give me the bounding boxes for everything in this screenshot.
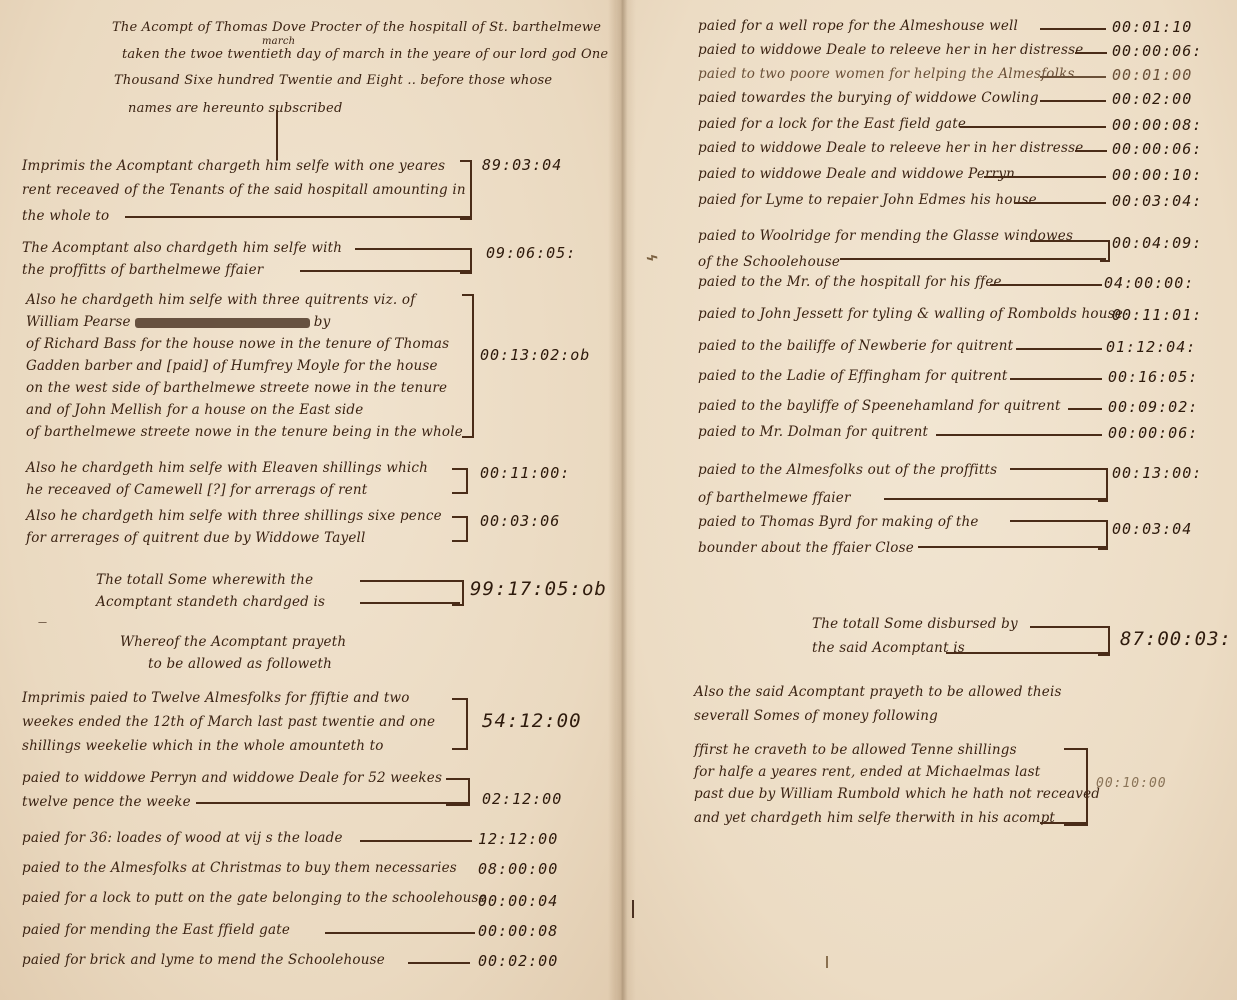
payment-line: paied for Lyme to repaier John Edmes his…	[698, 192, 1037, 208]
bracket	[1100, 240, 1110, 262]
bracket	[460, 248, 472, 274]
charge-line: Gadden barber and [paid] of Humfrey Moyl…	[26, 358, 438, 374]
amount: 89:03:04	[482, 156, 562, 174]
allowance-heading: to be allowed as followeth	[148, 656, 332, 672]
ruling-line	[960, 126, 1106, 128]
heading-line: taken the twoe twentieth day of march in…	[122, 47, 608, 62]
charge-line: the proffitts of barthelmewe ffaier	[22, 262, 263, 278]
charge-line: Also he chardgeth him selfe with Eleaven…	[26, 460, 428, 476]
charge-line: of Richard Bass for the house nowe in th…	[26, 336, 449, 352]
ruling-line	[1016, 348, 1102, 350]
amount: 00:13:02:ob	[480, 346, 590, 364]
amount: 00:00:06:	[1112, 140, 1202, 158]
amount: 00:00:08	[478, 922, 558, 940]
amount: 12:12:00	[478, 830, 558, 848]
ruling-line	[1040, 100, 1106, 102]
payment-line: paied to widdowe Perryn and widdowe Deal…	[22, 770, 442, 786]
payment-line: paied for a well rope for the Almeshouse…	[698, 18, 1018, 34]
ruling-line	[360, 602, 460, 604]
heading-line: names are hereunto subscribed	[128, 101, 342, 116]
left-page	[0, 0, 616, 1000]
payment-line: paied for a lock for the East field gate	[698, 116, 966, 132]
ruling-line	[1075, 150, 1107, 152]
payment-line: paied towardes the burying of widdowe Co…	[698, 90, 1039, 106]
ruling-line	[125, 216, 471, 218]
total-amount: 87:00:03:	[1120, 628, 1232, 650]
amount: 04:00:00:	[1104, 274, 1194, 292]
payment-line: paied for mending the East ffield gate	[22, 922, 290, 938]
payment-line: paied to Mr. Dolman for quitrent	[698, 424, 928, 440]
payment-line: paied to widdowe Deale to releeve her in…	[698, 140, 1083, 156]
further-line: for halfe a yeares rent, ended at Michae…	[694, 764, 1040, 780]
payment-line: weekes ended the 12th of March last past…	[22, 714, 435, 730]
payment-line: shillings weekelie which in the whole am…	[22, 738, 384, 754]
amount: 00:03:04	[1112, 520, 1192, 538]
payment-line: bounder about the ffaier Close	[698, 540, 914, 556]
further-heading: severall Somes of money following	[694, 708, 938, 724]
amount: 00:00:04	[478, 892, 558, 910]
further-heading: Also the said Acomptant prayeth to be al…	[694, 684, 1062, 700]
ruling-line	[300, 270, 471, 272]
ruling-line	[355, 248, 471, 250]
bracket	[460, 160, 472, 220]
amount: 01:12:04:	[1106, 338, 1196, 356]
amount: 00:01:10	[1112, 18, 1192, 36]
payment-line: paied for brick and lyme to mend the Sch…	[22, 952, 385, 968]
amount: 00:00:06:	[1112, 42, 1202, 60]
bracket	[1064, 748, 1088, 826]
allowance-heading: Whereof the Acomptant prayeth	[120, 634, 346, 650]
payment-line: paied to the Mr. of the hospitall for hi…	[698, 274, 1002, 290]
amount: 00:11:00:	[480, 464, 570, 482]
bracket	[452, 698, 468, 750]
charge-line: for arrerages of quitrent due by Widdowe…	[26, 530, 366, 546]
payment-line: paied to John Jessett for tyling & walli…	[698, 306, 1123, 322]
charge-line: rent receaved of the Tenants of the said…	[22, 182, 466, 198]
payment-line: paied to widdowe Deale to releeve her in…	[698, 42, 1083, 58]
payment-line: twelve pence the weeke	[22, 794, 191, 810]
payment-line: paied to the bailiffe of Newberie for qu…	[698, 338, 1013, 354]
ruling-line	[1010, 378, 1102, 380]
amount: 00:00:10:	[1112, 166, 1202, 184]
amount: 00:02:00	[478, 952, 558, 970]
bracket	[452, 580, 464, 606]
amount: 00:00:08:	[1112, 116, 1202, 134]
charge-line: William Pearseby	[26, 314, 330, 330]
ruling-line	[360, 840, 472, 842]
bracket	[452, 516, 468, 542]
total-amount: 99:17:05:ob	[470, 578, 607, 600]
payment-line: paied to Thomas Byrd for making of the	[698, 514, 979, 530]
bracket	[452, 468, 468, 494]
payment-line: paied to the Almesfolks out of the proff…	[698, 462, 997, 478]
amount: 00:01:00	[1112, 66, 1192, 84]
signature-flourish	[276, 110, 278, 160]
ruling-line	[1010, 468, 1106, 470]
ruling-line	[196, 802, 468, 804]
payment-line: of the Schoolehouse	[698, 254, 840, 270]
payment-line: paied for 36: loades of wood at vij s th…	[22, 830, 343, 846]
charge-line: of barthelmewe streete nowe in the tenur…	[26, 424, 463, 440]
amount: 00:00:06:	[1108, 424, 1198, 442]
bracket	[1098, 626, 1110, 656]
binding-thread	[632, 900, 634, 918]
further-line: ffirst he craveth to be allowed Tenne sh…	[694, 742, 1017, 758]
payment-line: paied to the Almesfolks at Christmas to …	[22, 860, 457, 876]
heading-line: The Acompt of Thomas Dove Procter of the…	[112, 20, 601, 35]
total-line: The totall Some disbursed by	[812, 616, 1018, 632]
charge-line: Also he chardgeth him selfe with three q…	[26, 292, 415, 308]
amount: 09:06:05:	[486, 244, 576, 262]
amount: 08:00:00	[478, 860, 558, 878]
amount: 00:03:06	[480, 512, 560, 530]
ruling-line	[840, 258, 1106, 260]
ruling-line	[990, 284, 1102, 286]
charge-line: The Acomptant also chardgeth him selfe w…	[22, 240, 342, 256]
charge-line: he receaved of Camewell [?] for arrerags…	[26, 482, 367, 498]
payment-line: paied for a lock to putt on the gate bel…	[22, 890, 487, 906]
ruling-line	[946, 652, 1108, 654]
ruling-line	[918, 546, 1106, 548]
payment-line: Imprimis paied to Twelve Almesfolks for …	[22, 690, 410, 706]
ruling-line	[408, 962, 470, 964]
ruling-line	[1040, 822, 1086, 824]
bracket	[462, 294, 474, 438]
amount: 00:16:05:	[1108, 368, 1198, 386]
ruling-line	[1010, 520, 1106, 522]
payment-line: paied to the Ladie of Effingham for quit…	[698, 368, 1008, 384]
ruling-line	[360, 580, 460, 582]
bracket	[1098, 468, 1108, 502]
bracket	[446, 778, 470, 806]
binding-thread	[826, 956, 828, 968]
ruling-line	[984, 176, 1106, 178]
charge-line: and of John Mellish for a house on the E…	[26, 402, 363, 418]
payment-line: paied to widdowe Deale and widdowe Perry…	[698, 166, 1015, 182]
text-fragment: by	[314, 314, 331, 330]
margin-note: —	[38, 618, 47, 628]
further-line: past due by William Rumbold which he hat…	[694, 786, 1100, 802]
amount: 00:13:00:	[1112, 464, 1202, 482]
ruling-line	[936, 434, 1102, 436]
struck-text: William Pearse	[26, 314, 131, 330]
charge-line: Imprimis the Acomptant chargeth him self…	[22, 158, 445, 174]
charge-line: Also he chardgeth him selfe with three s…	[26, 508, 442, 524]
ruling-line	[1030, 240, 1106, 242]
ruling-line	[1014, 202, 1106, 204]
total-line: Acomptant standeth chardged is	[96, 594, 325, 610]
ruling-line	[1075, 52, 1107, 54]
payment-line: of barthelmewe ffaier	[698, 490, 851, 506]
payment-line: paied to the bayliffe of Speenehamland f…	[698, 398, 1061, 414]
ink-blot-deletion	[135, 318, 310, 328]
amount: 00:09:02:	[1108, 398, 1198, 416]
ruling-line	[1040, 76, 1106, 78]
heading-line: Thousand Sixe hundred Twentie and Eight …	[114, 73, 552, 88]
bracket	[1098, 520, 1108, 550]
amount: 00:04:09:	[1112, 234, 1202, 252]
payment-line: paied to Woolridge for mending the Glass…	[698, 228, 1073, 244]
amount: 00:11:01:	[1112, 306, 1202, 324]
total-line: The totall Some wherewith the	[96, 572, 313, 588]
amount: 00:03:04:	[1112, 192, 1202, 210]
ruling-line	[325, 932, 475, 934]
amount: 00:02:00	[1112, 90, 1192, 108]
payment-line: paied to two poore women for helping the…	[698, 66, 1075, 82]
charge-line: the whole to	[22, 208, 109, 224]
charge-line: on the west side of barthelmewe streete …	[26, 380, 447, 396]
ruling-line	[884, 498, 1106, 500]
further-line: and yet chardgeth him selfe therwith in …	[694, 810, 1055, 826]
heading-interlinear: march	[262, 36, 295, 47]
ruling-line	[1068, 408, 1102, 410]
amount: 54:12:00	[482, 710, 582, 732]
ruling-line	[1040, 28, 1106, 30]
amount: 02:12:00	[482, 790, 562, 808]
total-line: the said Acomptant is	[812, 640, 965, 656]
amount: 00:10:00	[1096, 776, 1167, 791]
ruling-line	[1030, 626, 1108, 628]
